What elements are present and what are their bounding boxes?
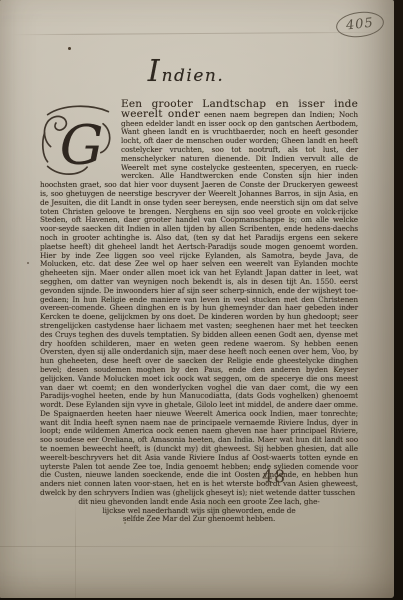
svg-text:G: G (60, 112, 104, 176)
pencil-page-number: 405 (335, 9, 386, 40)
page-crease (0, 546, 388, 547)
drop-cap-initial: G (40, 102, 116, 179)
text-column: Indien. G Een grooter Landtschap en isse (40, 54, 358, 524)
taper-line: selfde Zee Mar del Zur ghenoemt hebben. (40, 515, 358, 524)
initial-g-ornament-icon: G (40, 102, 116, 179)
taper-block: dit nieu ghevonden landt ende Asia noch … (40, 498, 358, 524)
pencil-page-number-text: 405 (345, 16, 374, 34)
book-page: 405 Indien. G Een groo (0, 0, 394, 598)
page-title: Indien. (14, 54, 358, 89)
scan-background: 405 Indien. G Een groo (0, 0, 403, 600)
paper-speck (27, 262, 29, 264)
page-crease (12, 32, 382, 36)
paper-speck (68, 47, 71, 50)
ink-folio-number: 48 (262, 467, 287, 488)
body-paragraph: G Een grooter Landtschap en isser inde w… (40, 100, 358, 498)
